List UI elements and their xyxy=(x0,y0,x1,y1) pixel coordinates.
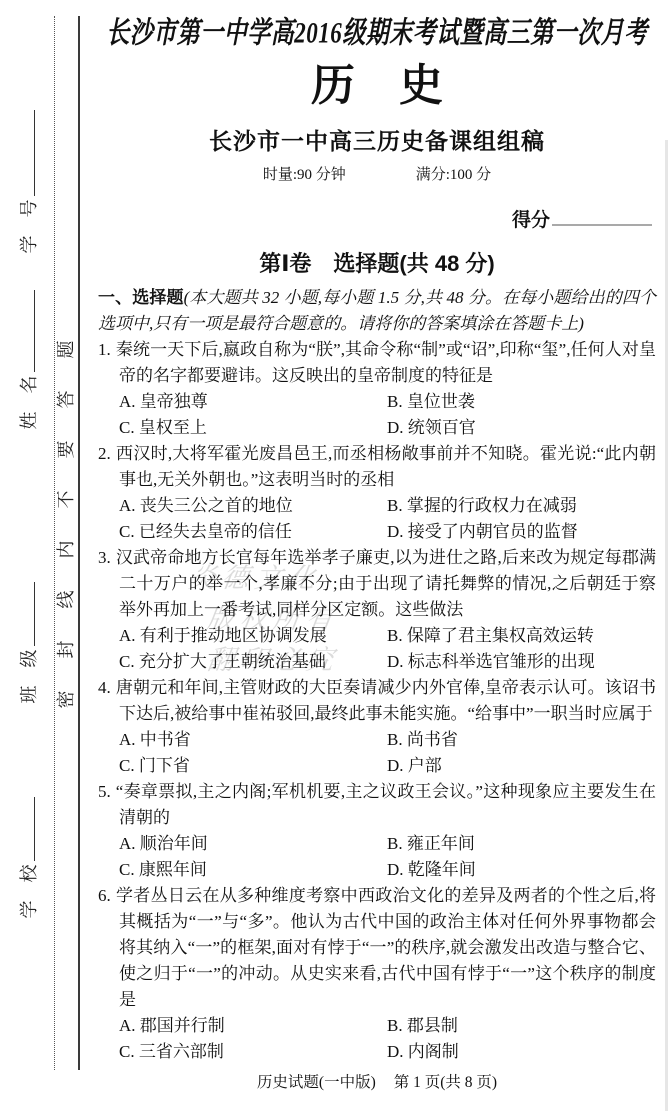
section-heading: 第Ⅰ卷 选择题(共 48 分) xyxy=(98,249,656,279)
option-c: C. 已经失去皇帝的信任 xyxy=(119,519,387,545)
question-stem: 2.西汉时,大将军霍光废昌邑王,而丞相杨敞事前并不知晓。霍光说:“此内朝事也,无… xyxy=(98,441,656,493)
option-b: B. 雍正年间 xyxy=(387,831,656,857)
question-4: 4.唐朝元和年间,主管财政的大臣奏请减少内外官俸,皇帝表示认可。该诏书下达后,被… xyxy=(98,675,656,779)
question-options: A. 中书省 B. 尚书省 C. 门下省 D. 户部 xyxy=(98,727,656,779)
mc-intro: 一、选择题(本大题共 32 小题,每小题 1.5 分,共 48 分。在每小题给出… xyxy=(98,285,656,337)
question-2: 2.西汉时,大将军霍光废昌邑王,而丞相杨敞事前并不知晓。霍光说:“此内朝事也,无… xyxy=(98,441,656,545)
option-c: C. 门下省 xyxy=(119,753,387,779)
page-footer: 历史试题(一中版)第 1 页(共 8 页) xyxy=(98,1072,656,1094)
question-stem: 3.汉武帝命地方长官每年选举孝子廉吏,以为进仕之路,后来改为规定每郡满二十万户的… xyxy=(98,545,656,623)
student-school-field: 学 校 xyxy=(17,778,43,938)
footer-page-number: 第 1 页(共 8 页) xyxy=(394,1074,497,1091)
option-b: B. 尚书省 xyxy=(387,727,656,753)
question-text: “奏章票拟,主之内阁;军机机要,主之议政王会议。”这种现象应主要发生在清朝的 xyxy=(116,782,656,827)
question-3: 3.汉武帝命地方长官每年选举孝子廉吏,以为进仕之路,后来改为规定每郡满二十万户的… xyxy=(98,545,656,675)
exam-full-score: 满分:100 分 xyxy=(416,167,491,183)
option-a: A. 有利于推动地区协调发展 xyxy=(119,623,387,649)
option-d: D. 户部 xyxy=(387,753,656,779)
question-options: A. 顺治年间 B. 雍正年间 C. 康熙年间 D. 乾隆年间 xyxy=(98,831,656,883)
question-6: 6.学者丛日云在从多种维度考察中西政治文化的差异及两者的个性之后,将其概括为“一… xyxy=(98,883,656,1065)
question-number: 1. xyxy=(98,340,111,359)
exam-session-title: 长沙市第一中学高2016级期末考试暨高三第一次月考 xyxy=(98,14,656,53)
question-number: 3. xyxy=(98,548,111,567)
question-5: 5.“奏章票拟,主之内阁;军机机要,主之议政王会议。”这种现象应主要发生在清朝的… xyxy=(98,779,656,883)
student-id-blank-line xyxy=(31,111,35,197)
option-d: D. 接受了内朝官员的监督 xyxy=(387,519,656,545)
question-number: 2. xyxy=(98,444,111,463)
question-stem: 6.学者丛日云在从多种维度考察中西政治文化的差异及两者的个性之后,将其概括为“一… xyxy=(98,883,656,1013)
question-text: 唐朝元和年间,主管财政的大臣奏请减少内外官俸,皇帝表示认可。该诏书下达后,被给事… xyxy=(116,678,656,723)
option-a: A. 中书省 xyxy=(119,727,387,753)
option-d: D. 统领百官 xyxy=(387,415,656,441)
student-class-label: 班 级 xyxy=(19,650,39,704)
question-text: 学者丛日云在从多种维度考察中西政治文化的差异及两者的个性之后,将其概括为“一”与… xyxy=(116,886,656,1009)
question-options: A. 丧失三公之首的地位 B. 掌握的行政权力在减弱 C. 已经失去皇帝的信任 … xyxy=(98,493,656,545)
student-id-label: 学 号 xyxy=(19,200,39,254)
exam-duration: 时量:90 分钟 xyxy=(263,167,346,183)
question-number: 5. xyxy=(98,782,111,801)
question-number: 4. xyxy=(98,678,111,697)
exam-info-line: 时量:90 分钟满分:100 分 xyxy=(98,164,656,186)
option-d: D. 乾隆年间 xyxy=(387,857,656,883)
question-text: 西汉时,大将军霍光废昌邑王,而丞相杨敞事前并不知晓。霍光说:“此内朝事也,无关外… xyxy=(116,444,656,489)
seal-instruction-text: 密 封 线 内 不 要 答 题 xyxy=(53,321,79,721)
score-row: 得分 xyxy=(98,208,656,235)
question-options: A. 郡国并行制 B. 郡县制 C. 三省六部制 D. 内阁制 xyxy=(98,1013,656,1065)
student-id-field: 学 号 xyxy=(17,102,43,262)
question-options: A. 皇帝独尊 B. 皇位世袭 C. 皇权至上 D. 统领百官 xyxy=(98,389,656,441)
student-name-blank-line xyxy=(31,291,35,373)
question-text: 秦统一天下后,嬴政自称为“朕”,其命令称“制”或“诏”,印称“玺”,任何人对皇帝… xyxy=(116,340,656,385)
option-b: B. 郡县制 xyxy=(387,1013,656,1039)
question-number: 6. xyxy=(98,886,111,905)
option-a: A. 丧失三公之首的地位 xyxy=(119,493,387,519)
exam-paper-page: 密 封 线 内 不 要 答 题 学 号 姓 名 班 级 学 校 炎德文化 版权所… xyxy=(0,0,668,1111)
score-blank-line xyxy=(552,220,652,226)
option-d: D. 内阁制 xyxy=(387,1039,656,1065)
option-d: D. 标志科举选官雏形的出现 xyxy=(387,649,656,675)
option-b: B. 皇位世袭 xyxy=(387,389,656,415)
question-text: 汉武帝命地方长官每年选举孝子廉吏,以为进仕之路,后来改为规定每郡满二十万户的举一… xyxy=(116,548,656,619)
prepared-by-subtitle: 长沙市一中高三历史备课组组稿 xyxy=(98,126,656,156)
option-c: C. 充分扩大了王朝统治基础 xyxy=(119,649,387,675)
question-options: A. 有利于推动地区协调发展 B. 保障了君主集权高效运转 C. 充分扩大了王朝… xyxy=(98,623,656,675)
question-stem: 4.唐朝元和年间,主管财政的大臣奏请减少内外官俸,皇帝表示认可。该诏书下达后,被… xyxy=(98,675,656,727)
subject-title: 历 史 xyxy=(98,62,656,110)
mc-intro-lead: 一、选择题 xyxy=(98,288,184,307)
question-stem: 5.“奏章票拟,主之内阁;军机机要,主之议政王会议。”这种现象应主要发生在清朝的 xyxy=(98,779,656,831)
student-name-field: 姓 名 xyxy=(17,280,43,440)
option-c: C. 康熙年间 xyxy=(119,857,387,883)
option-a: A. 郡国并行制 xyxy=(119,1013,387,1039)
student-class-field: 班 级 xyxy=(17,563,43,723)
student-school-blank-line xyxy=(31,798,35,862)
footer-doc-title: 历史试题(一中版) xyxy=(257,1074,376,1091)
option-c: C. 皇权至上 xyxy=(119,415,387,441)
student-school-label: 学 校 xyxy=(19,865,39,919)
content-column: 长沙市第一中学高2016级期末考试暨高三第一次月考 历 史 长沙市一中高三历史备… xyxy=(98,14,656,1065)
option-a: A. 顺治年间 xyxy=(119,831,387,857)
question-1: 1.秦统一天下后,嬴政自称为“朕”,其命令称“制”或“诏”,印称“玺”,任何人对… xyxy=(98,337,656,441)
option-b: B. 掌握的行政权力在减弱 xyxy=(387,493,656,519)
option-b: B. 保障了君主集权高效运转 xyxy=(387,623,656,649)
student-class-blank-line xyxy=(31,583,35,647)
question-stem: 1.秦统一天下后,嬴政自称为“朕”,其命令称“制”或“诏”,印称“玺”,任何人对… xyxy=(98,337,656,389)
option-a: A. 皇帝独尊 xyxy=(119,389,387,415)
score-label: 得分 xyxy=(512,210,550,231)
option-c: C. 三省六部制 xyxy=(119,1039,387,1065)
student-name-label: 姓 名 xyxy=(19,376,39,430)
